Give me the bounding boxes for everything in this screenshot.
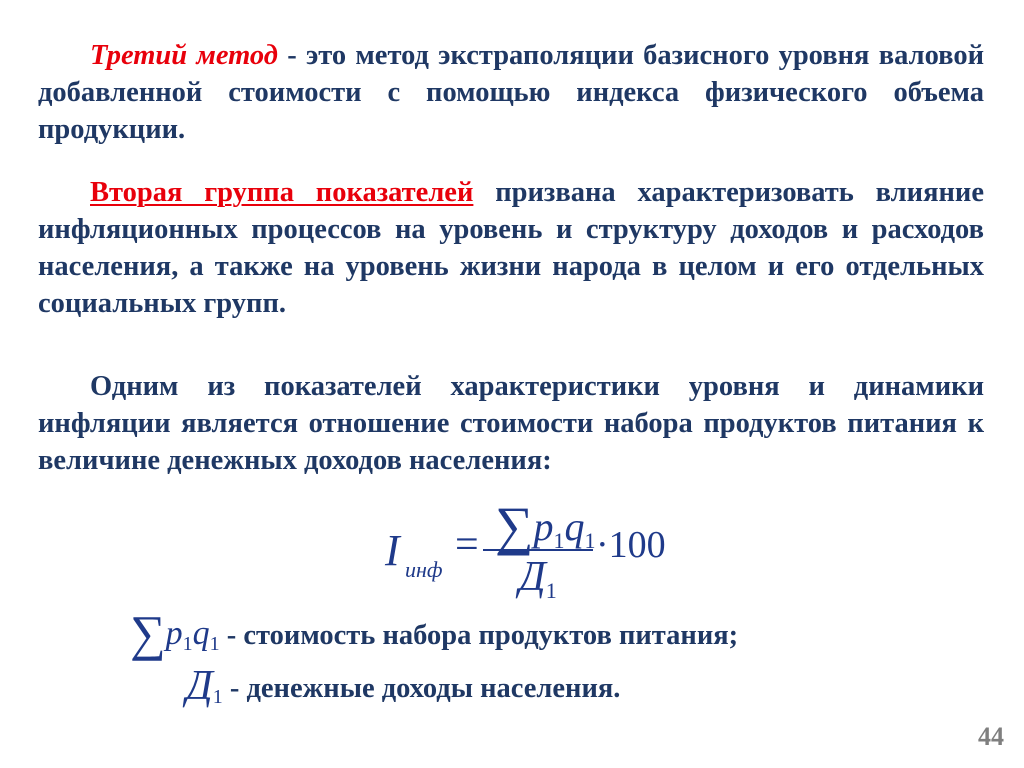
legend-item-income: Д1 - денежные доходы населения. (186, 662, 620, 710)
inflation-index-formula: I инф = ∑p1q1 Д1 ·100 (383, 495, 703, 605)
formula-d: Д (519, 554, 546, 600)
formula-lhs-subscript: инф (405, 557, 443, 583)
formula-q: q (565, 504, 585, 549)
legend-item-food-cost: ∑p1q1 - стоимость набора продуктов питан… (130, 604, 738, 662)
sum-symbol: ∑ (495, 496, 534, 556)
page-number: 44 (978, 722, 1004, 752)
legend-description: - стоимость набора продуктов питания; (220, 620, 739, 651)
formula-numerator: ∑p1q1 (495, 495, 596, 557)
formula-lhs: I (385, 525, 400, 576)
legend-symbol-d: Д1 (186, 673, 223, 704)
paragraph-inflation-indicator: Одним из показателей характеристики уров… (38, 368, 984, 479)
third-method-term: Третий метод (90, 40, 278, 71)
legend-p-subscript: 1 (183, 633, 193, 655)
paragraph-third-method: Третий метод - это метод экстраполяции б… (38, 37, 984, 148)
legend-d: Д (186, 663, 213, 709)
formula-multiplier: ·100 (596, 523, 666, 567)
legend-d-subscript: 1 (213, 686, 223, 708)
legend-q-subscript: 1 (210, 633, 220, 655)
second-group-term: Вторая группа показателей (90, 177, 473, 208)
legend-description: - денежные доходы населения. (223, 673, 621, 704)
sum-symbol: ∑ (130, 605, 166, 661)
formula-d-subscript: 1 (546, 578, 557, 603)
paragraph-second-group: Вторая группа показателей призвана харак… (38, 174, 984, 322)
formula-denominator: Д1 (519, 553, 557, 604)
legend-symbol-sum: ∑p1q1 (130, 620, 220, 651)
formula-equals: = (455, 521, 479, 569)
legend-q: q (193, 615, 210, 652)
formula-p: p (534, 504, 554, 549)
legend-p: p (166, 615, 183, 652)
fraction-bar (483, 549, 593, 551)
